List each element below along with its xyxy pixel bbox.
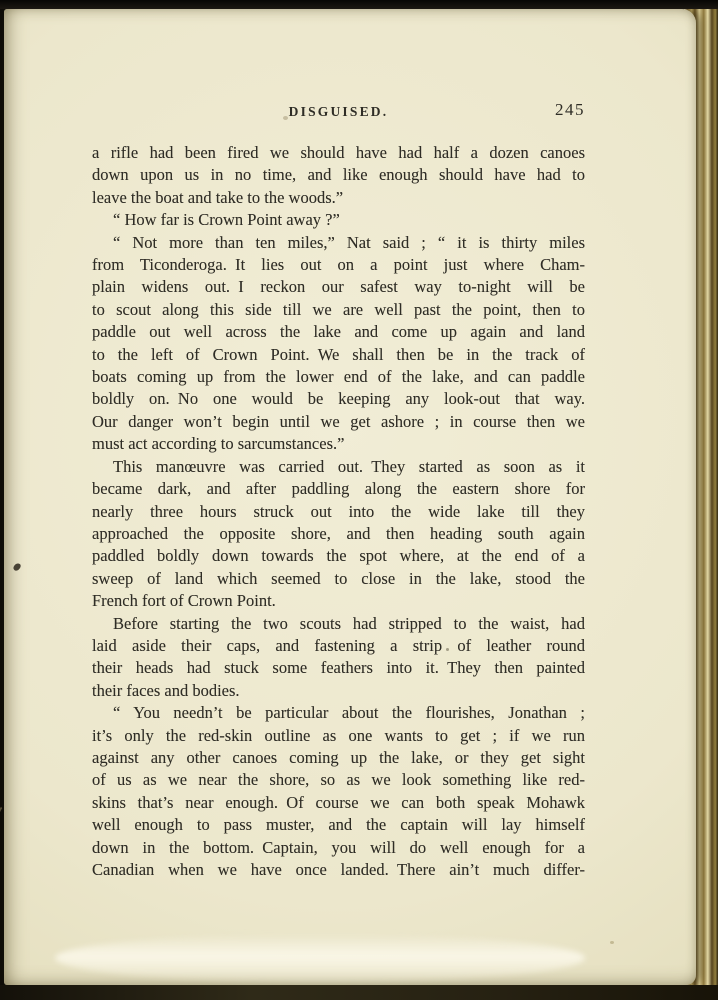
text-line: became dark, and after paddling along th… xyxy=(92,478,585,500)
text-line: down upon us in no time, and like enough… xyxy=(92,164,585,186)
text-line: to scout along this side till we are wel… xyxy=(92,299,585,321)
text-line: approached the opposite shore, and then … xyxy=(92,523,585,545)
text-line: to the left of Crown Point. We shall the… xyxy=(92,344,585,366)
text-line: plain widens out. I reckon our safest wa… xyxy=(92,276,585,298)
page-number: 245 xyxy=(555,100,585,120)
scan-top-edge xyxy=(0,0,718,9)
fox-spot xyxy=(446,648,449,651)
text-line: must act according to sarcumstances.” xyxy=(92,433,585,455)
text-line: Before starting the two scouts had strip… xyxy=(92,613,585,635)
book-scan: DISGUISED. 245 a rifle had been fired we… xyxy=(0,0,718,1000)
text-line: “ How far is Crown Point away ?” xyxy=(92,209,585,231)
text-line: laid aside their caps, and fastening a s… xyxy=(92,635,585,657)
text-line: sweep of land which seemed to close in t… xyxy=(92,568,585,590)
text-line: of us as we near the shore, so as we loo… xyxy=(92,769,585,791)
page-header: DISGUISED. 245 xyxy=(92,104,585,128)
text-line: their heads had stuck some feathers into… xyxy=(92,657,585,679)
text-line: their faces and bodies. xyxy=(92,680,585,702)
text-line: This manœuvre was carried out. They star… xyxy=(92,456,585,478)
fox-spot xyxy=(283,116,288,120)
text-line: Canadian when we have once landed. There… xyxy=(92,859,585,881)
text-line: well enough to pass muster, and the capt… xyxy=(92,814,585,836)
text-line: against any other canoes coming up the l… xyxy=(92,747,585,769)
text-line: paddle out well across the lake and come… xyxy=(92,321,585,343)
scan-smudge-artifact xyxy=(55,934,585,982)
text-line: leave the boat and take to the woods.” xyxy=(92,187,585,209)
text-line: nearly three hours struck out into the w… xyxy=(92,501,585,523)
running-title: DISGUISED. xyxy=(92,104,585,120)
text-block: a rifle had been fired we should have ha… xyxy=(92,142,585,881)
scan-bottom-edge xyxy=(0,985,718,1000)
text-line: boldly on. No one would be keeping any l… xyxy=(92,388,585,410)
text-line: a rifle had been fired we should have ha… xyxy=(92,142,585,164)
fox-spot xyxy=(610,941,614,944)
text-line: skins that’s near enough. Of course we c… xyxy=(92,792,585,814)
text-line: French fort of Crown Point. xyxy=(92,590,585,612)
text-line: down in the bottom. Captain, you will do… xyxy=(92,837,585,859)
text-line: paddled boldly down towards the spot whe… xyxy=(92,545,585,567)
text-line: it’s only the red-skin outline as one wa… xyxy=(92,725,585,747)
text-line: Our danger won’t begin until we get asho… xyxy=(92,411,585,433)
text-line: boats coming up from the lower end of th… xyxy=(92,366,585,388)
text-line: “ Not more than ten miles,” Nat said ; “… xyxy=(92,232,585,254)
text-line: from Ticonderoga. It lies out on a point… xyxy=(92,254,585,276)
text-line: “ You needn’t be particular about the fl… xyxy=(92,702,585,724)
